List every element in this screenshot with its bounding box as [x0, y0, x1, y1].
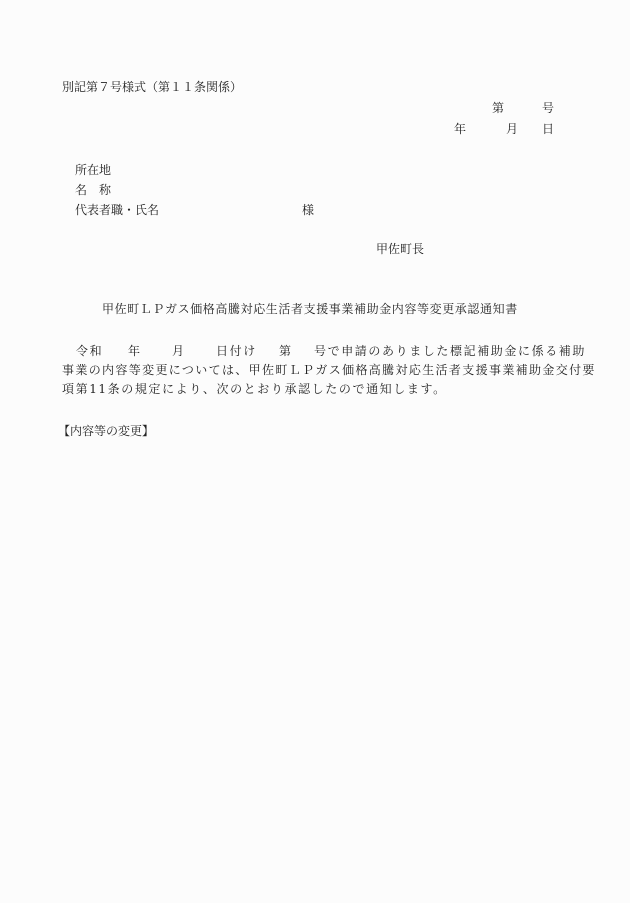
number-go: 号: [542, 101, 554, 115]
address-label: 所在地: [75, 163, 111, 177]
date-year: 年: [454, 122, 466, 136]
number-dai: 第: [492, 101, 504, 115]
reiwa: 令和: [76, 344, 103, 358]
representative-label: 代表者職・氏名: [75, 203, 159, 217]
body-line-2: 事業の内容等変更については、甲佐町ＬＰガス価格高騰対応生活者支援事業補助金交付要: [62, 363, 576, 377]
date-month: 月: [506, 122, 518, 136]
honorific-sama: 様: [302, 203, 314, 217]
document-title: 甲佐町ＬＰガス価格高騰対応生活者支援事業補助金内容等変更承認通知書: [102, 302, 518, 316]
name-label: 名 称: [75, 183, 111, 197]
section-heading: 【内容等の変更】: [58, 424, 154, 438]
form-label: 別記第７号様式（第１１条関係）: [62, 80, 242, 94]
body-dai: 第: [279, 344, 293, 358]
date-day: 日: [542, 122, 554, 136]
body-year: 年: [128, 344, 142, 358]
body-rest: 号で申請のありました標記補助金に係る補助: [314, 344, 586, 358]
body-month: 月: [172, 344, 186, 358]
issuer: 甲佐町長: [376, 242, 424, 256]
body-dated: 日付け: [216, 344, 257, 358]
body-line-3: 項第11条の規定により、次のとおり承認したので通知します。: [62, 382, 576, 396]
